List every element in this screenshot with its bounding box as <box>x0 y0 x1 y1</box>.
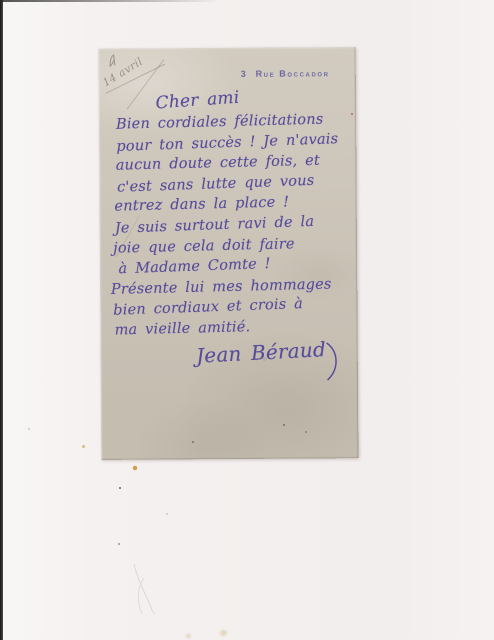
letter-paper: 14 avril 3 Rue Boccador Cher ami Bien co… <box>99 47 359 460</box>
signature-flourish <box>323 340 343 383</box>
paper-speck <box>262 357 267 361</box>
scan-edge-top <box>0 0 220 2</box>
paper-speck <box>283 424 285 426</box>
stain-spot <box>118 543 120 545</box>
letterhead: 3 Rue Boccador <box>241 68 330 79</box>
paper-speck <box>214 260 218 263</box>
paper-speck <box>305 431 307 433</box>
pencil-paraph-mark <box>104 50 121 69</box>
paper-speck <box>192 441 194 443</box>
paper-speck <box>351 113 353 115</box>
pencil-smudge <box>122 552 182 627</box>
stain-spot <box>186 634 191 638</box>
stain-spot <box>220 630 227 636</box>
stain-spot <box>28 428 30 430</box>
stain-spot <box>119 487 121 489</box>
signature-name: Jean Béraud <box>195 337 326 368</box>
scan-edge-left <box>0 0 3 640</box>
scanned-letter-photo: 14 avril 3 Rue Boccador Cher ami Bien co… <box>0 0 494 640</box>
letter-line: ma vieille amitié. <box>114 317 250 341</box>
stain-spot <box>166 513 168 515</box>
stain-spot <box>133 466 137 470</box>
signature: Jean Béraud <box>195 336 326 369</box>
letter-body: Cher ami Bien cordiales félicitations po… <box>105 86 356 368</box>
stain-spot <box>82 445 85 448</box>
